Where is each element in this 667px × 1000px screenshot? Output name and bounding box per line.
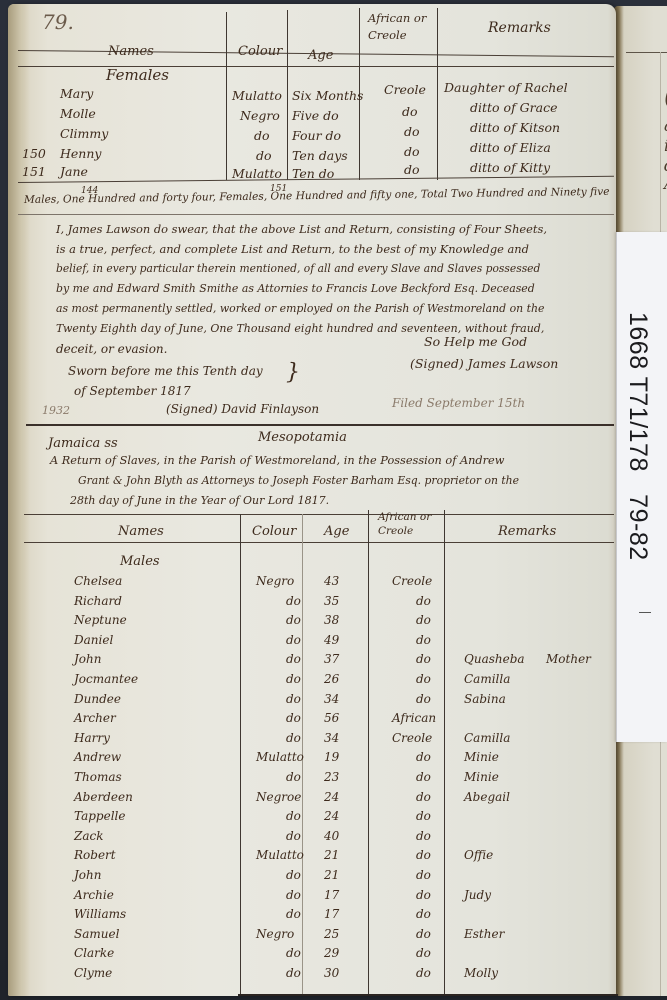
column-divider [444, 510, 445, 996]
row-origin: Creole [392, 731, 432, 745]
row-remarks: ditto of Kitson [470, 120, 560, 135]
column-divider [368, 510, 369, 996]
row-name: Daniel [74, 633, 113, 647]
row-colour: do [286, 692, 301, 706]
margin-note: 1932 [42, 404, 70, 417]
return-estate: Mesopotamia [258, 430, 347, 445]
header-origin: African or Creole [368, 10, 434, 44]
row-remarks: Daughter of Rachel [444, 80, 568, 95]
archive-reference-label: 1668 T71/178 79-82 [623, 312, 652, 561]
row-colour: Negro [256, 574, 294, 588]
row-origin: do [416, 829, 431, 843]
return-line: A Return of Slaves, in the Parish of Wes… [50, 454, 504, 467]
row-name: Henny [60, 146, 101, 161]
row-colour: do [286, 868, 301, 882]
row-colour: do [286, 594, 301, 608]
row-origin: do [416, 672, 431, 686]
page-bottom-edge [238, 994, 618, 996]
row-colour: do [286, 770, 301, 784]
column-divider [437, 8, 438, 180]
oath-signature: (Signed) James Lawson [410, 356, 558, 371]
row-mother: Molly [464, 966, 498, 980]
filed-date: Filed September 15th [392, 396, 525, 410]
row-colour: Negro [240, 108, 280, 123]
oath-line: is a true, perfect, and complete List an… [56, 242, 529, 256]
page-number: 79. [42, 10, 74, 34]
row-number: 151 [22, 164, 46, 179]
header-names: Names [108, 44, 154, 59]
oath-line: deceit, or evasion. [56, 342, 167, 356]
sworn-line: Sworn before me this Tenth day [68, 364, 263, 378]
header-age: Age [324, 524, 349, 539]
row-origin: do [416, 790, 431, 804]
row-mother: Abegail [464, 790, 510, 804]
row-name: Archie [74, 888, 114, 902]
row-colour: do [286, 672, 301, 686]
row-origin: do [416, 868, 431, 882]
row-origin: do [416, 770, 431, 784]
oath-closing: So Help me God [424, 334, 527, 349]
row-name: Clyme [74, 966, 112, 980]
row-origin: do [404, 162, 420, 177]
row-origin: do [404, 124, 420, 139]
header-remarks: Remarks [498, 524, 556, 539]
section-label-females: Females [106, 66, 169, 84]
row-name: Aberdeen [74, 790, 133, 804]
totals-rule [18, 214, 614, 215]
row-mother: Quasheba [464, 652, 525, 666]
row-age: 38 [324, 613, 339, 627]
header-rule [24, 542, 614, 543]
row-remarks: ditto of Eliza [470, 140, 551, 155]
row-colour: do [286, 946, 301, 960]
row-name: Zack [74, 829, 103, 843]
row-colour: do [286, 966, 301, 980]
row-name: Tappelle [74, 809, 125, 823]
row-origin: do [416, 633, 431, 647]
row-age: 30 [324, 966, 339, 980]
row-origin: do [416, 692, 431, 706]
row-age: 24 [324, 809, 339, 823]
row-mother: Camilla [464, 672, 510, 686]
row-colour: do [286, 888, 301, 902]
row-colour: do [286, 809, 301, 823]
row-name: John [74, 868, 102, 882]
row-age: 21 [324, 848, 339, 862]
row-remarks: ditto of Grace [470, 100, 557, 115]
row-origin: do [416, 907, 431, 921]
row-colour: do [286, 633, 301, 647]
row-number: 150 [22, 146, 46, 161]
row-name: Andrew [74, 750, 121, 764]
row-name: Richard [74, 594, 122, 608]
row-colour: do [286, 731, 301, 745]
header-colour: Colour [238, 44, 282, 59]
header-remarks: Remarks [488, 20, 551, 36]
row-age: 49 [324, 633, 339, 647]
row-origin: do [404, 144, 420, 159]
row-mother: Camilla [464, 731, 510, 745]
row-origin: do [416, 750, 431, 764]
row-colour: Negro [256, 927, 294, 941]
row-age: Four do [292, 128, 341, 143]
row-name: Dundee [74, 692, 121, 706]
tag-mark [639, 612, 651, 613]
row-age: 40 [324, 829, 339, 843]
row-age: 56 [324, 711, 339, 725]
row-mother: Minie [464, 750, 499, 764]
row-colour: do [286, 829, 301, 843]
row-name: Williams [74, 907, 126, 921]
row-origin: do [416, 966, 431, 980]
section-label-males: Males [120, 554, 160, 569]
row-colour: Mulatto [232, 88, 282, 103]
return-line: 28th day of June in the Year of Our Lord… [70, 494, 329, 507]
row-origin: Creole [384, 82, 426, 97]
row-age: 21 [324, 868, 339, 882]
oath-line: by me and Edward Smith Smithe as Attorni… [56, 282, 535, 295]
ledger-page: 79. Names Colour Age African or Creole R… [8, 4, 616, 996]
row-colour: Mulatto [256, 848, 304, 862]
return-place: Jamaica ss [48, 436, 118, 451]
row-name: Thomas [74, 770, 122, 784]
row-remarks: ditto of Kitty [470, 160, 550, 175]
row-mother: Esther [464, 927, 504, 941]
row-origin: do [416, 848, 431, 862]
column-divider [240, 514, 241, 996]
oath-line: I, James Lawson do swear, that the above… [56, 222, 547, 236]
row-name: Clarke [74, 946, 114, 960]
row-age: 29 [324, 946, 339, 960]
row-origin: do [416, 613, 431, 627]
row-age: 34 [324, 692, 339, 706]
row-age: 23 [324, 770, 339, 784]
row-mother: Judy [464, 888, 491, 902]
row-age: Six Months [292, 88, 363, 103]
row-name: Molle [60, 106, 96, 121]
row-colour: do [256, 148, 272, 163]
row-origin: do [416, 927, 431, 941]
archive-reference-tag: 1668 T71/178 79-82 [616, 232, 667, 742]
row-age: 24 [324, 790, 339, 804]
oath-line: belief, in every particular therein ment… [56, 262, 540, 275]
row-name: Harry [74, 731, 110, 745]
header-origin: African or Creole [378, 510, 444, 538]
row-colour: do [286, 907, 301, 921]
row-name: Mary [60, 86, 93, 101]
row-mother: Sabina [464, 692, 506, 706]
row-age: 34 [324, 731, 339, 745]
section-divider [26, 424, 614, 426]
row-origin: African [392, 711, 436, 725]
row-age: Ten days [292, 148, 348, 163]
row-origin: do [402, 104, 418, 119]
totals-line: Males, One Hundred and forty four, Femal… [24, 186, 610, 206]
oath-line: as most permanently settled, worked or e… [56, 302, 544, 315]
row-age: 43 [324, 574, 339, 588]
row-mother: Minie [464, 770, 499, 784]
magistrate-signature: (Signed) David Finlayson [166, 402, 319, 416]
row-name: Climmy [60, 126, 108, 141]
row-age: 19 [324, 750, 339, 764]
row-colour: do [286, 613, 301, 627]
header-age: Age [308, 48, 333, 63]
header-names: Names [118, 524, 164, 539]
column-divider [287, 10, 288, 180]
row-name: Archer [74, 711, 116, 725]
row-origin: do [416, 809, 431, 823]
row-mother: Offie [464, 848, 493, 862]
row-name: John [74, 652, 102, 666]
row-name: Jocmantee [74, 672, 138, 686]
return-line: Grant & John Blyth as Attorneys to Josep… [78, 474, 519, 487]
column-divider [226, 12, 227, 180]
row-name: Chelsea [74, 574, 122, 588]
row-origin: do [416, 946, 431, 960]
row-origin: do [416, 888, 431, 902]
row-colour: do [254, 128, 270, 143]
row-origin: Creole [392, 574, 432, 588]
row-name: Jane [60, 164, 88, 179]
row-origin: do [416, 594, 431, 608]
row-origin: do [416, 652, 431, 666]
row-age: 17 [324, 888, 339, 902]
header-colour: Colour [252, 524, 296, 539]
row-colour: do [286, 711, 301, 725]
table-top-rule [24, 514, 614, 515]
row-age: Five do [292, 108, 339, 123]
row-age: 25 [324, 927, 339, 941]
row-age: 26 [324, 672, 339, 686]
row-age: 17 [324, 907, 339, 921]
row-colour: do [286, 652, 301, 666]
row-colour: Mulatto [256, 750, 304, 764]
row-name: Samuel [74, 927, 119, 941]
row-name: Robert [74, 848, 116, 862]
row-age: 37 [324, 652, 339, 666]
row-remarks: Mother [546, 652, 591, 666]
sworn-date: of September 1817 [74, 384, 191, 398]
row-age: 35 [324, 594, 339, 608]
brace: } [286, 362, 300, 384]
row-name: Neptune [74, 613, 127, 627]
row-colour: Negroe [256, 790, 301, 804]
